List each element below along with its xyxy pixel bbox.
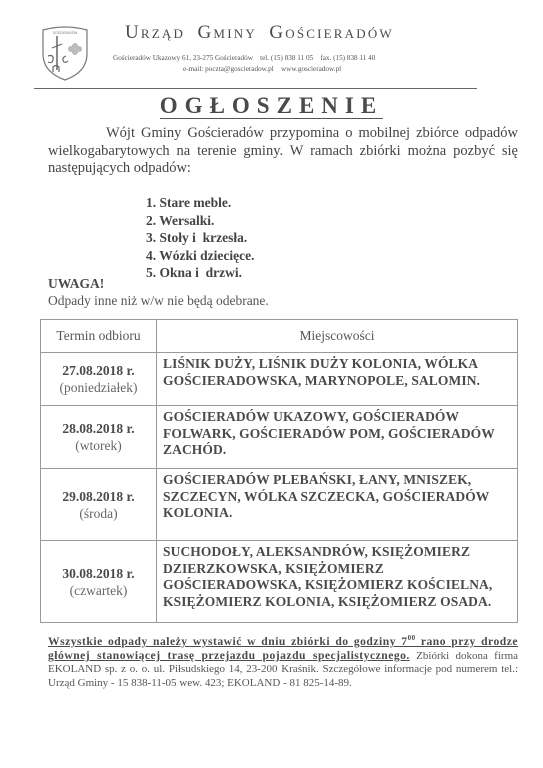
svg-text:GOŚCIERADÓW: GOŚCIERADÓW [53, 30, 78, 35]
collection-schedule-table: Termin odbioru Miejscowości 27.08.2018 r… [40, 319, 518, 623]
table-row: 29.08.2018 r.(środa) GOŚCIERADÓW PLEBAŃS… [41, 469, 518, 541]
date-cell: 27.08.2018 r.(poniedziałek) [41, 353, 157, 406]
contact-line: e-mail: poczta@goscieradow.pl www.goscie… [183, 65, 341, 73]
coat-of-arms-icon: GOŚCIERADÓW [40, 24, 90, 82]
table-header-row: Termin odbioru Miejscowości [41, 320, 518, 353]
header-divider [34, 88, 477, 89]
date-cell: 29.08.2018 r.(środa) [41, 469, 157, 541]
footer-note: Wszystkie odpady należy wystawić w dniu … [48, 632, 518, 690]
list-item: 3. Stoły i krzesła. [146, 229, 254, 247]
table-row: 30.08.2018 r.(czwartek) SUCHODOŁY, ALEKS… [41, 541, 518, 623]
list-item: 1. Stare meble. [146, 194, 254, 212]
places-cell: GOŚCIERADÓW PLEBAŃSKI, ŁANY, MNISZEK, SZ… [157, 469, 518, 541]
list-item: 2. Wersalki. [146, 212, 254, 230]
places-cell: SUCHODOŁY, ALEKSANDRÓW, KSIĘŻOMIERZ DZIE… [157, 541, 518, 623]
waste-items-list: 1. Stare meble. 2. Wersalki. 3. Stoły i … [146, 194, 254, 282]
date-cell: 30.08.2018 r.(czwartek) [41, 541, 157, 623]
table-row: 27.08.2018 r.(poniedziałek) LIŚNIK DUŻY,… [41, 353, 518, 406]
announcement-title: OGŁOSZENIE [0, 93, 543, 119]
warning-text: Odpady inne niż w/w nie będą odebrane. [48, 293, 269, 309]
column-header-date: Termin odbioru [41, 320, 157, 353]
warning-title: UWAGA! [48, 276, 104, 292]
places-cell: LIŚNIK DUŻY, LIŚNIK DUŻY KOLONIA, WÓLKA … [157, 353, 518, 406]
intro-paragraph: Wójt Gminy Gościeradów przypomina o mobi… [48, 125, 518, 178]
table-row: 28.08.2018 r.(wtorek) GOŚCIERADÓW UKAZOW… [41, 406, 518, 469]
date-cell: 28.08.2018 r.(wtorek) [41, 406, 157, 469]
places-cell: GOŚCIERADÓW UKAZOWY, GOŚCIERADÓW FOLWARK… [157, 406, 518, 469]
list-item: 4. Wózki dziecięce. [146, 247, 254, 265]
address-line: Gościeradów Ukazowy 61, 23-275 Gościerad… [113, 54, 375, 62]
list-item: 5. Okna i drzwi. [146, 264, 254, 282]
column-header-places: Miejscowości [157, 320, 518, 353]
organization-name: Urząd Gminy Gościeradów [125, 22, 394, 44]
